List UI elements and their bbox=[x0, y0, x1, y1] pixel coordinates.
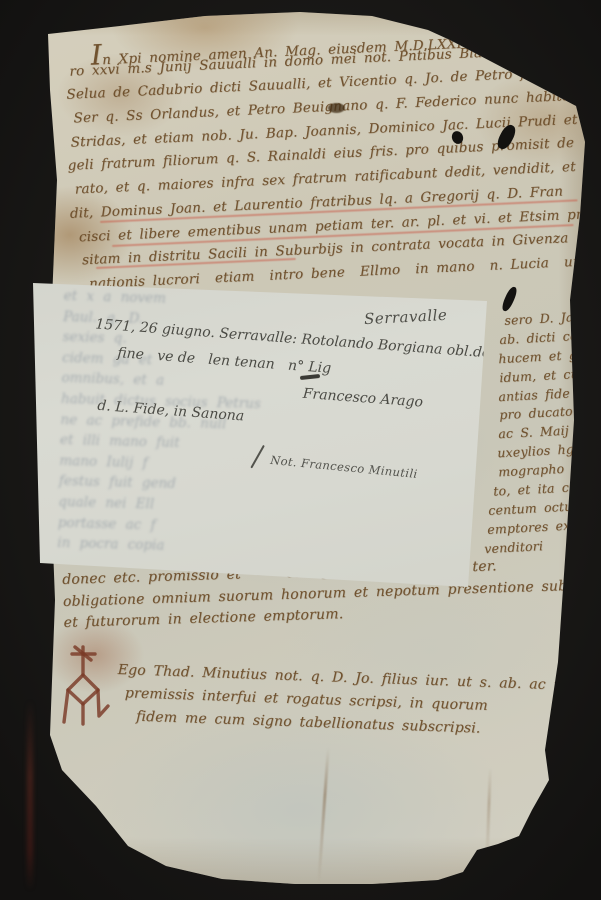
manuscript-top-block: In Xpi nomine amen An. Mag. eiusdem M.D.… bbox=[62, 15, 601, 300]
binding-edge-shadow bbox=[27, 700, 33, 890]
photographed-manuscript: In Xpi nomine amen An. Mag. eiusdem M.D.… bbox=[0, 0, 601, 900]
notary-sign-icon bbox=[52, 642, 114, 734]
wormhole bbox=[500, 285, 519, 312]
ink-blot bbox=[328, 103, 345, 113]
parchment-crease bbox=[485, 768, 491, 868]
red-margin-initial: L bbox=[42, 196, 55, 220]
notary-attestation-block: Ego Thad. Minutius not. q. D. Jo. filius… bbox=[116, 662, 593, 748]
archival-paper-slip: et x a novemPaul. q. D.sexies q.cidem ga… bbox=[28, 278, 498, 593]
manuscript-right-fragments: sero D. Ja,ab. dicti cons,hucem et gegai… bbox=[482, 308, 601, 560]
parchment-crease bbox=[317, 748, 329, 883]
manuscript-text-fragment: sero D. Ja, bbox=[504, 308, 601, 332]
